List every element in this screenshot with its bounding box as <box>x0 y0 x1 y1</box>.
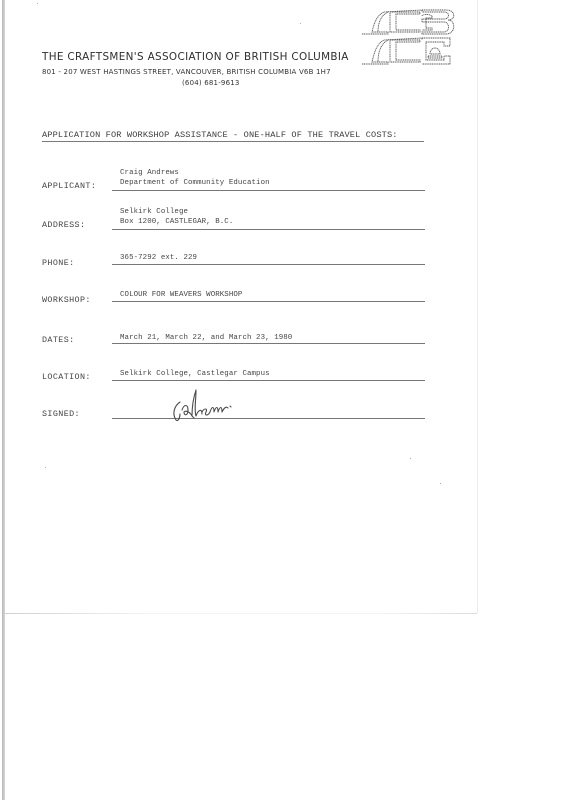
scan-speck <box>410 458 411 459</box>
phone-line <box>112 264 425 265</box>
workshop-value: COLOUR FOR WEAVERS WORKSHOP <box>120 290 242 300</box>
address-line <box>112 229 425 230</box>
phone-value: 365-7292 ext. 229 <box>120 253 197 263</box>
workshop-line <box>112 301 425 302</box>
applicant-line <box>112 190 425 191</box>
address-label: ADDRESS: <box>42 220 85 230</box>
organization-phone: (604) 681-9613 <box>182 79 240 87</box>
organization-name: THE CRAFTSMEN'S ASSOCIATION OF BRITISH C… <box>42 51 349 63</box>
applicant-label: APPLICANT: <box>42 181 96 191</box>
form-title: APPLICATION FOR WORKSHOP ASSISTANCE - ON… <box>42 130 424 142</box>
scan-border-left <box>2 0 5 800</box>
organization-address: 801 - 207 WEST HASTINGS STREET, VANCOUVE… <box>42 68 331 76</box>
signed-line <box>112 418 425 419</box>
page-edge-right <box>477 0 478 613</box>
scan-speck <box>37 3 38 4</box>
signed-label: SIGNED: <box>42 409 80 419</box>
address-line-1: Selkirk College <box>120 207 188 217</box>
dates-label: DATES: <box>42 335 75 345</box>
dates-line <box>112 343 425 344</box>
location-line <box>112 380 425 381</box>
applicant-name: Craig Andrews <box>120 168 179 178</box>
location-label: LOCATION: <box>42 372 91 382</box>
cabc-logo-icon <box>360 4 460 66</box>
scan-speck <box>440 483 441 484</box>
signature-icon <box>170 388 250 424</box>
applicant-department: Department of Community Education <box>120 178 270 188</box>
workshop-label: WORKSHOP: <box>42 295 91 305</box>
location-value: Selkirk College, Castlegar Campus <box>120 369 270 379</box>
scan-speck <box>300 23 301 24</box>
address-line-2: Box 1200, CASTLEGAR, B.C. <box>120 217 233 227</box>
phone-label: PHONE: <box>42 258 75 268</box>
scan-speck <box>45 467 46 468</box>
page-edge-bottom <box>5 613 477 614</box>
dates-value: March 21, March 22, and March 23, 1980 <box>120 333 292 343</box>
